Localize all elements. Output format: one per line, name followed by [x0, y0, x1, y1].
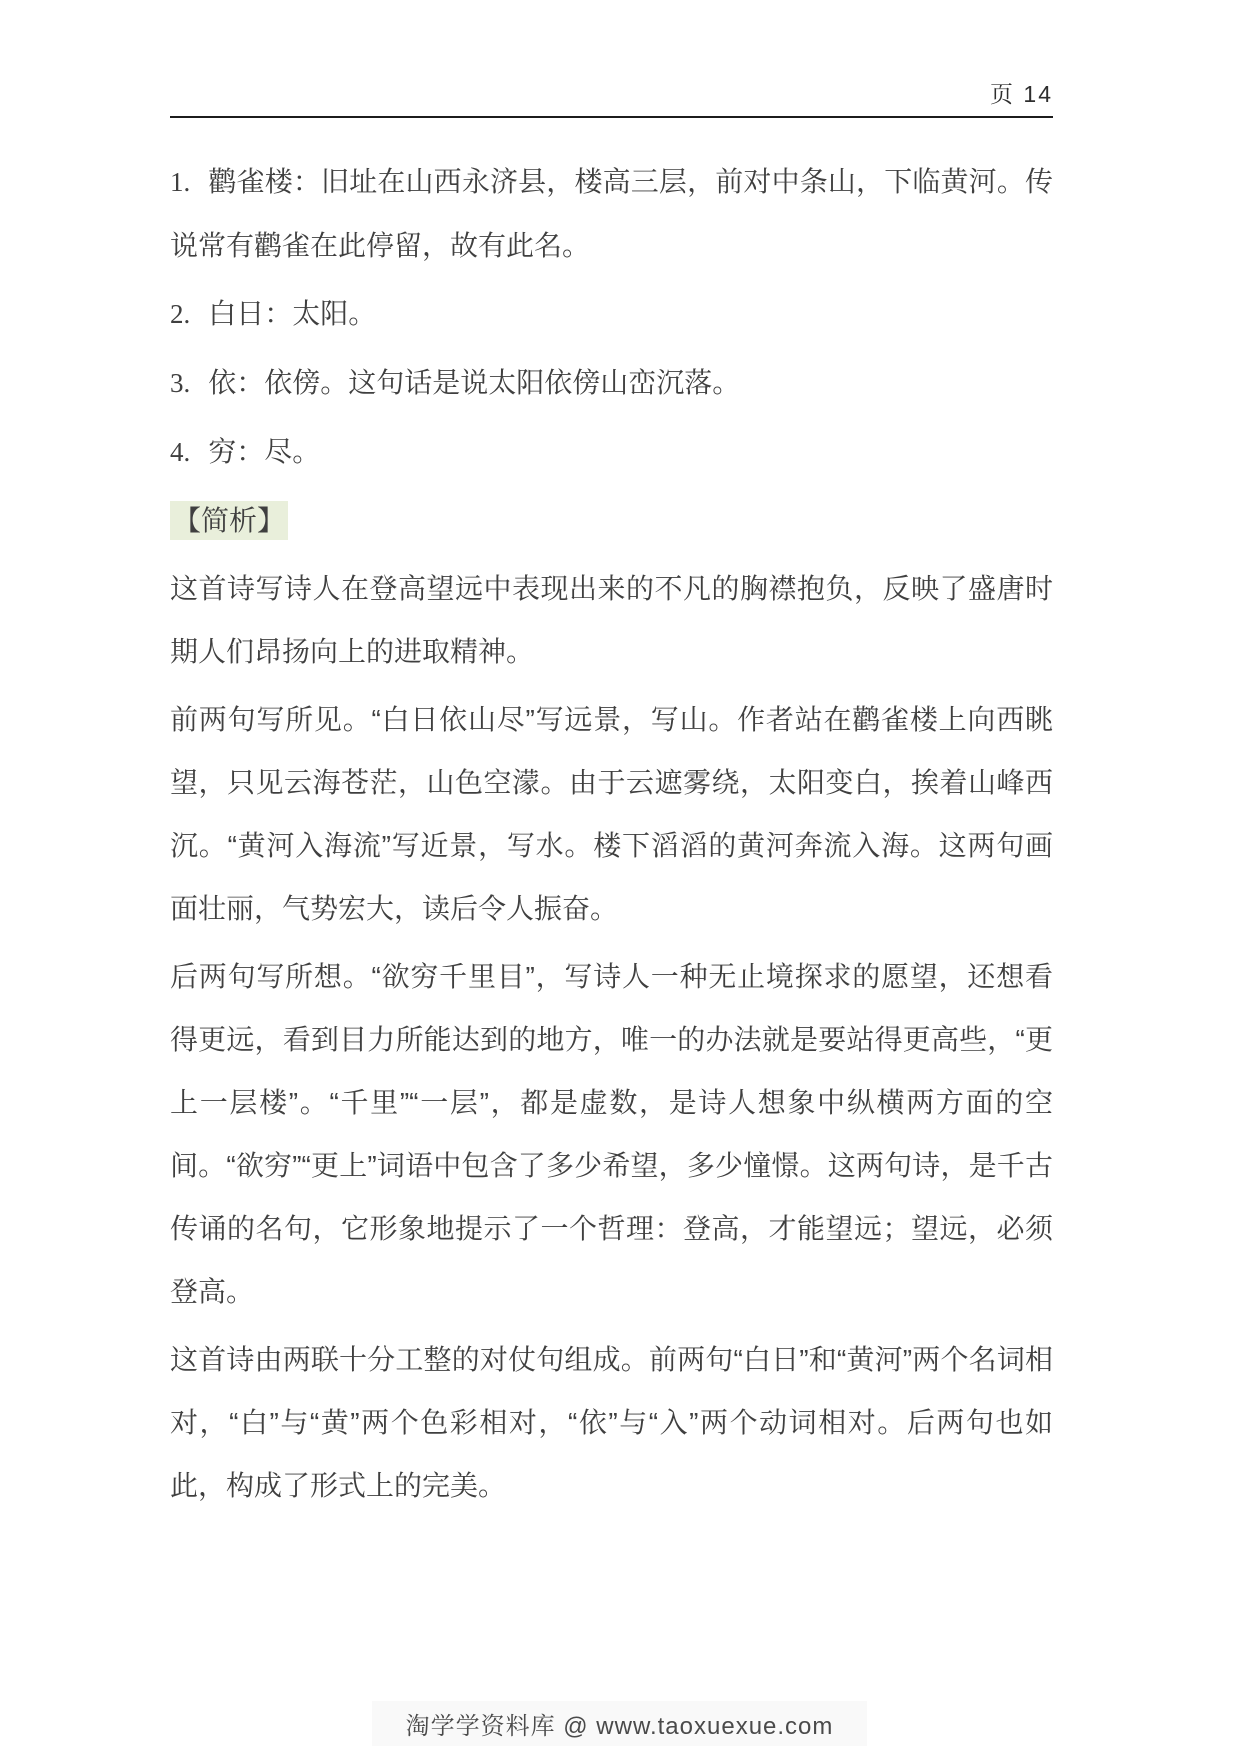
- note-text: 白日：太阳。: [208, 298, 376, 329]
- analysis-paragraph-3: 后两句写所想。“欲穷千里目”，写诗人一种无止境探求的愿望，还想看得更远，看到目力…: [170, 945, 1053, 1323]
- analysis-section-label: 【简析】: [170, 501, 288, 540]
- document-page: 页 14 1.鹳雀楼：旧址在山西永济县，楼高三层，前对中条山，下临黄河。传说常有…: [0, 0, 1239, 1752]
- note-number: 2.: [170, 299, 190, 329]
- analysis-paragraph-1: 这首诗写诗人在登高望远中表现出来的不凡的胸襟抱负，反映了盛唐时期人们昂扬向上的进…: [170, 557, 1053, 683]
- page-number-label: 页 14: [990, 76, 1053, 109]
- note-text: 依：依傍。这句话是说太阳依傍山峦沉落。: [208, 367, 740, 398]
- header-divider: [170, 116, 1053, 118]
- note-item-4: 4.穷：尽。: [170, 420, 1053, 484]
- note-text: 鹳雀楼：旧址在山西永济县，楼高三层，前对中条山，下临黄河。传说常有鹳雀在此停留，…: [170, 166, 1053, 261]
- analysis-section: 【简析】: [170, 489, 1053, 552]
- document-body: 1.鹳雀楼：旧址在山西永济县，楼高三层，前对中条山，下临黄河。传说常有鹳雀在此停…: [170, 150, 1053, 1522]
- note-item-1: 1.鹳雀楼：旧址在山西永济县，楼高三层，前对中条山，下临黄河。传说常有鹳雀在此停…: [170, 150, 1053, 277]
- analysis-paragraph-2: 前两句写所见。“白日依山尽”写远景，写山。作者站在鹳雀楼上向西眺望，只见云海苍茫…: [170, 688, 1053, 940]
- note-item-2: 2.白日：太阳。: [170, 282, 1053, 346]
- page-footer: 淘学学资料库 @ www.taoxuexue.com: [0, 1701, 1239, 1746]
- note-number: 4.: [170, 437, 190, 467]
- note-text: 穷：尽。: [208, 436, 320, 467]
- note-number: 1.: [170, 167, 190, 197]
- watermark-text: 淘学学资料库 @ www.taoxuexue.com: [372, 1701, 868, 1746]
- note-item-3: 3.依：依傍。这句话是说太阳依傍山峦沉落。: [170, 351, 1053, 415]
- note-number: 3.: [170, 368, 190, 398]
- analysis-paragraph-4: 这首诗由两联十分工整的对仗句组成。前两句“白日”和“黄河”两个名词相对，“白”与…: [170, 1328, 1053, 1517]
